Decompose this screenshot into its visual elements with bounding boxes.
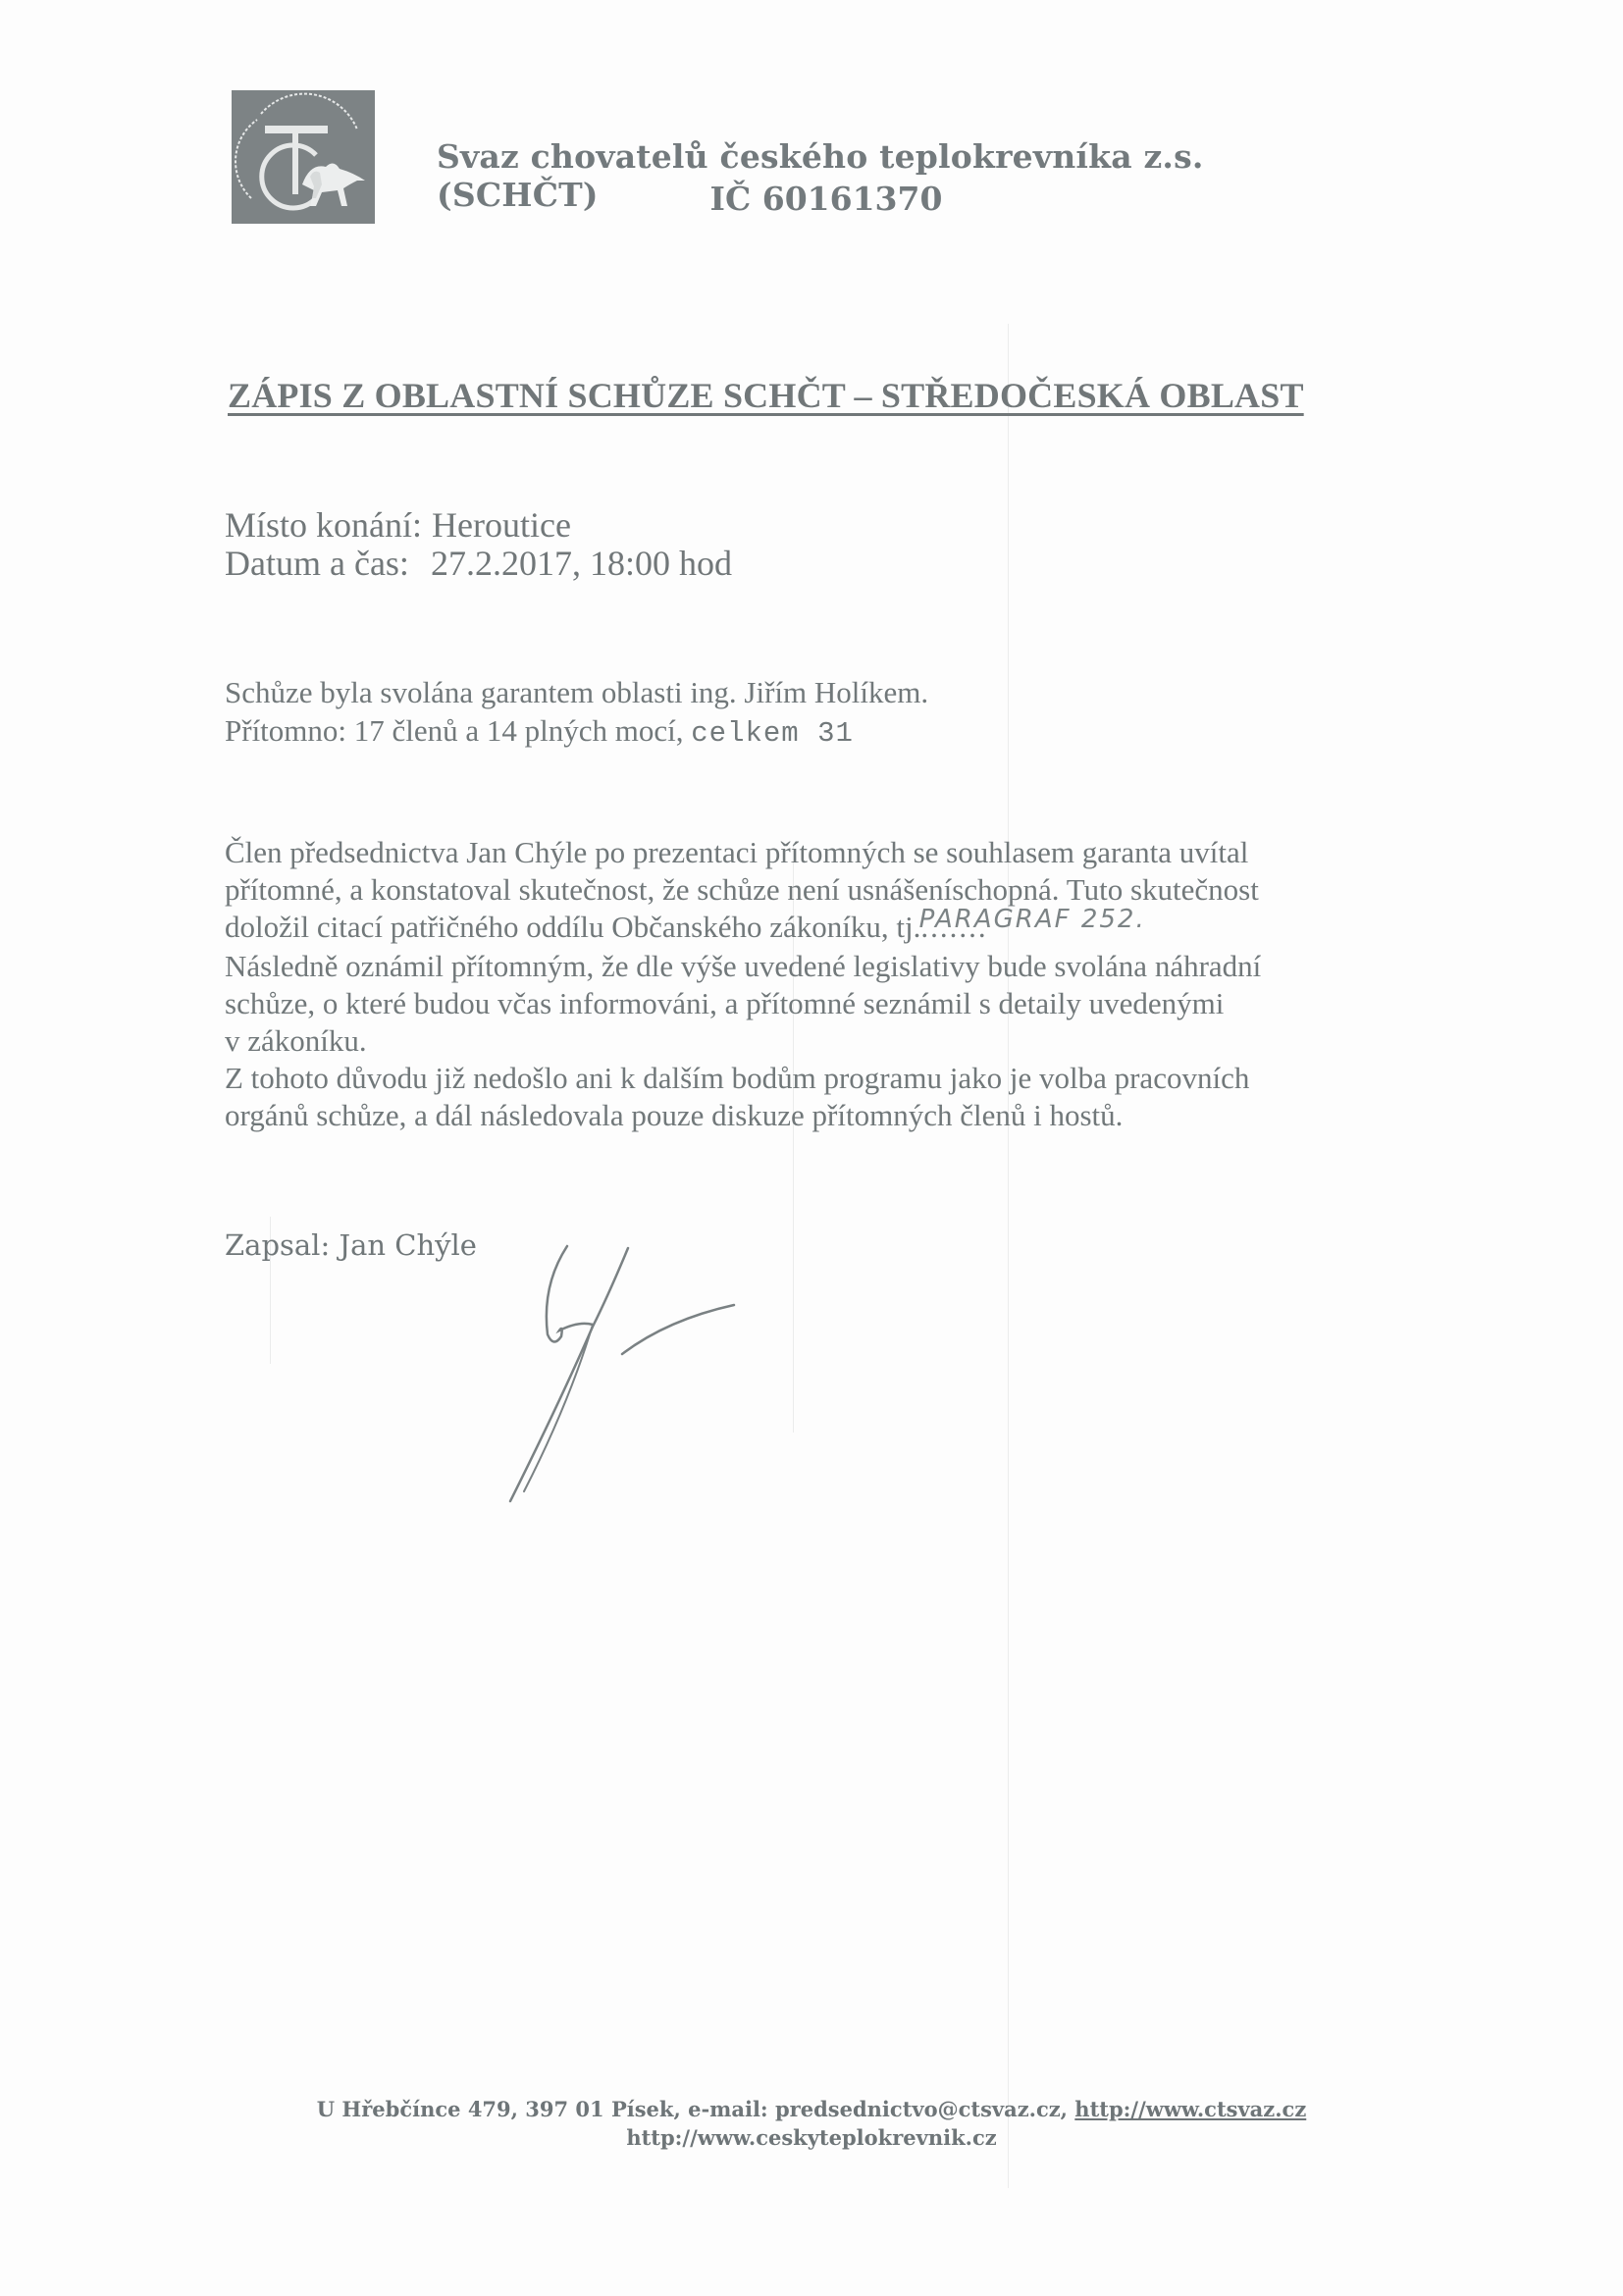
recorded-by: Zapsal: Jan Chýle <box>225 1228 477 1262</box>
datetime-label: Datum a čas: <box>225 543 409 584</box>
minutes-body: Člen předsednictva Jan Chýle po prezenta… <box>225 834 1363 1134</box>
body-line: orgánů schůze, a dál následovala pouze d… <box>225 1097 1363 1134</box>
body-line: doložil citací patřičného oddílu Občansk… <box>225 909 1363 948</box>
signature <box>491 1226 785 1521</box>
website-link-2[interactable]: http://www.ceskyteplokrevnik.cz <box>0 2123 1623 2152</box>
attendance-total: celkem 31 <box>691 717 854 750</box>
meeting-datetime: Datum a čas:27.2.2017, 18:00 hod <box>225 543 732 584</box>
body-line-text: doložil citací patřičného oddílu Občansk… <box>225 910 920 944</box>
body-line: Z tohoto důvodu již nedošlo ani k dalším… <box>225 1060 1363 1097</box>
organization-id: IČ 60161370 <box>0 180 1623 218</box>
convened-by: Schůze byla svolána garantem oblasti ing… <box>225 673 928 711</box>
place-label: Místo konání: <box>225 504 422 546</box>
footer-address: U Hřebčínce 479, 397 01 Písek, e-mail: p… <box>317 2097 1068 2121</box>
website-link[interactable]: http://www.ctsvaz.cz <box>1074 2097 1306 2121</box>
body-line: přítomné, a konstatoval skutečnost, že s… <box>225 871 1363 909</box>
body-line: Následně oznámil přítomným, že dle výše … <box>225 948 1363 985</box>
attendance: Přítomno: 17 členů a 14 plných mocí, cel… <box>225 711 928 753</box>
document-page: Svaz chovatelů českého teplokrevníka z.s… <box>0 0 1623 2296</box>
convening-paragraph: Schůze byla svolána garantem oblasti ing… <box>225 673 928 753</box>
body-line: Člen předsednictva Jan Chýle po prezenta… <box>225 834 1363 871</box>
footer-contact: U Hřebčínce 479, 397 01 Písek, e-mail: p… <box>0 2095 1623 2123</box>
document-title: ZÁPIS Z OBLASTNÍ SCHŮZE SCHČT – STŘEDOČE… <box>228 375 1304 416</box>
footer: U Hřebčínce 479, 397 01 Písek, e-mail: p… <box>0 2095 1623 2152</box>
place-value: Heroutice <box>432 505 571 545</box>
body-line: v zákoníku. <box>225 1022 1363 1060</box>
scan-artifact <box>1008 324 1009 2188</box>
datetime-value: 27.2.2017, 18:00 hod <box>431 544 732 583</box>
body-line: schůze, o které budou včas informováni, … <box>225 985 1363 1022</box>
attendance-main: Přítomno: 17 členů a 14 plných mocí, <box>225 713 684 748</box>
handwritten-note: PARAGRAF 252. <box>919 905 1146 934</box>
meeting-place: Místo konání:Heroutice <box>225 504 571 546</box>
